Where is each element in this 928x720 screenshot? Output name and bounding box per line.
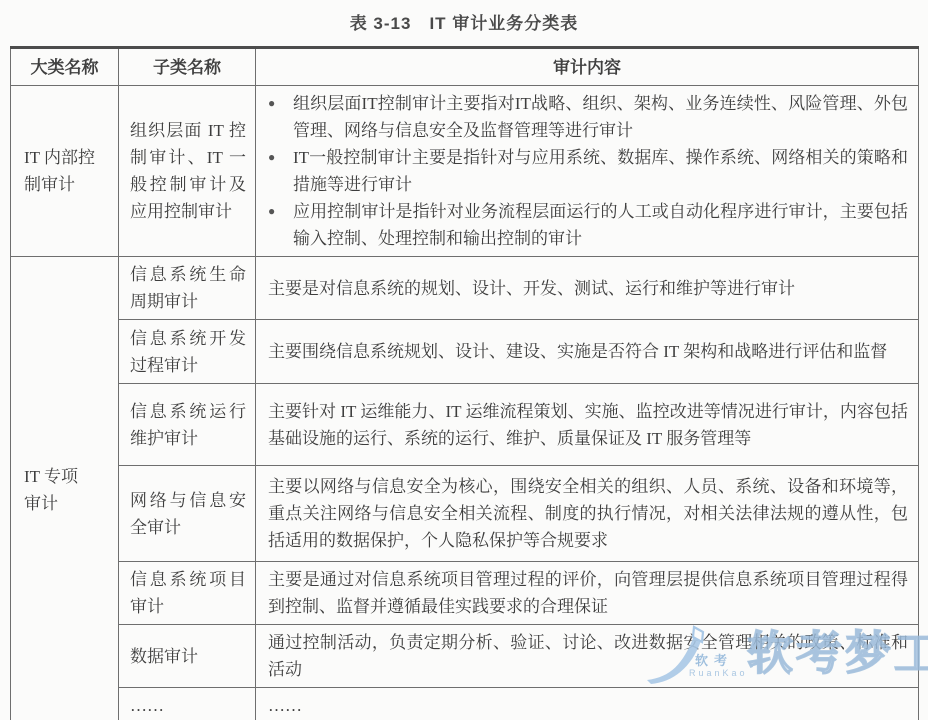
audit-content-cell: 主要是对信息系统的规划、设计、开发、测试、运行和维护等进行审计: [256, 257, 919, 320]
major-category-cell-it-internal-control: IT 内部控 制审计: [11, 86, 119, 257]
audit-content-cell: 主要是通过对信息系统项目管理过程的评价，向管理层提供信息系统项目管理过程得到控制…: [256, 562, 919, 625]
col-header-audit-content: 审计内容: [256, 48, 919, 86]
list-item: ● 组织层面IT控制审计主要指对IT战略、组织、架构、业务连续性、风险管理、外包…: [268, 90, 908, 144]
audit-content-cell: 主要围绕信息系统规划、设计、建设、实施是否符合 IT 架构和战略进行评估和监督: [256, 320, 919, 384]
bullet-icon: ●: [268, 198, 293, 252]
major-category-cell-it-special-audit: IT 专项 审计: [11, 257, 119, 720]
bullet-text: 组织层面IT控制审计主要指对IT战略、组织、架构、业务连续性、风险管理、外包管理…: [293, 90, 908, 144]
table-row: 网络与信息安全审计 主要以网络与信息安全为核心，围绕安全相关的组织、人员、系统、…: [11, 466, 919, 562]
sub-category-cell: 网络与信息安全审计: [119, 466, 256, 562]
table-caption: 表 3-13 IT 审计业务分类表: [0, 0, 928, 34]
bullet-text: IT一般控制审计主要是指针对与应用系统、数据库、操作系统、网络相关的策略和措施等…: [293, 144, 908, 198]
sub-category-cell: 组织层面 IT 控制审计、IT 一般控制审计及应用控制审计: [119, 86, 256, 257]
bullet-text: 应用控制审计是指针对业务流程层面运行的人工或自动化程序进行审计，主要包括输入控制…: [293, 198, 908, 252]
list-item: ● 应用控制审计是指针对业务流程层面运行的人工或自动化程序进行审计，主要包括输入…: [268, 198, 908, 252]
bullet-list: ● 组织层面IT控制审计主要指对IT战略、组织、架构、业务连续性、风险管理、外包…: [268, 90, 908, 252]
table-row: 数据审计 通过控制活动，负责定期分析、验证、讨论、改进数据安全管理相关的政策、标…: [11, 625, 919, 688]
table-row: IT 专项 审计 信息系统生命周期审计 主要是对信息系统的规划、设计、开发、测试…: [11, 257, 919, 320]
audit-content-cell: 通过控制活动，负责定期分析、验证、讨论、改进数据安全管理相关的政策、标准和活动: [256, 625, 919, 688]
col-header-sub-category: 子类名称: [119, 48, 256, 86]
sub-category-cell: 信息系统开发过程审计: [119, 320, 256, 384]
sub-category-cell: 信息系统项目审计: [119, 562, 256, 625]
bullet-icon: ●: [268, 90, 293, 144]
col-header-major-category: 大类名称: [11, 48, 119, 86]
audit-content-cell: 主要以网络与信息安全为核心，围绕安全相关的组织、人员、系统、设备和环境等，重点关…: [256, 466, 919, 562]
sub-category-cell: 信息系统生命周期审计: [119, 257, 256, 320]
document-page: 表 3-13 IT 审计业务分类表 大类名称 子类名称 审计内容 IT 内部控 …: [0, 0, 928, 720]
table-row: 信息系统运行维护审计 主要针对 IT 运维能力、IT 运维流程策划、实施、监控改…: [11, 384, 919, 466]
audit-content-cell: ……: [256, 688, 919, 720]
table-row: …… ……: [11, 688, 919, 720]
audit-content-cell: 主要针对 IT 运维能力、IT 运维流程策划、实施、监控改进等情况进行审计，内容…: [256, 384, 919, 466]
table-row: 信息系统项目审计 主要是通过对信息系统项目管理过程的评价，向管理层提供信息系统项…: [11, 562, 919, 625]
table-row: 信息系统开发过程审计 主要围绕信息系统规划、设计、建设、实施是否符合 IT 架构…: [11, 320, 919, 384]
table-row: IT 内部控 制审计 组织层面 IT 控制审计、IT 一般控制审计及应用控制审计…: [11, 86, 919, 257]
audit-content-cell: ● 组织层面IT控制审计主要指对IT战略、组织、架构、业务连续性、风险管理、外包…: [256, 86, 919, 257]
sub-category-cell: 信息系统运行维护审计: [119, 384, 256, 466]
list-item: ● IT一般控制审计主要是指针对与应用系统、数据库、操作系统、网络相关的策略和措…: [268, 144, 908, 198]
sub-category-cell: ……: [119, 688, 256, 720]
header-row: 大类名称 子类名称 审计内容: [11, 48, 919, 86]
sub-category-cell: 数据审计: [119, 625, 256, 688]
audit-classification-table: 大类名称 子类名称 审计内容 IT 内部控 制审计 组织层面 IT 控制审计、I…: [10, 46, 919, 720]
bullet-icon: ●: [268, 144, 293, 198]
